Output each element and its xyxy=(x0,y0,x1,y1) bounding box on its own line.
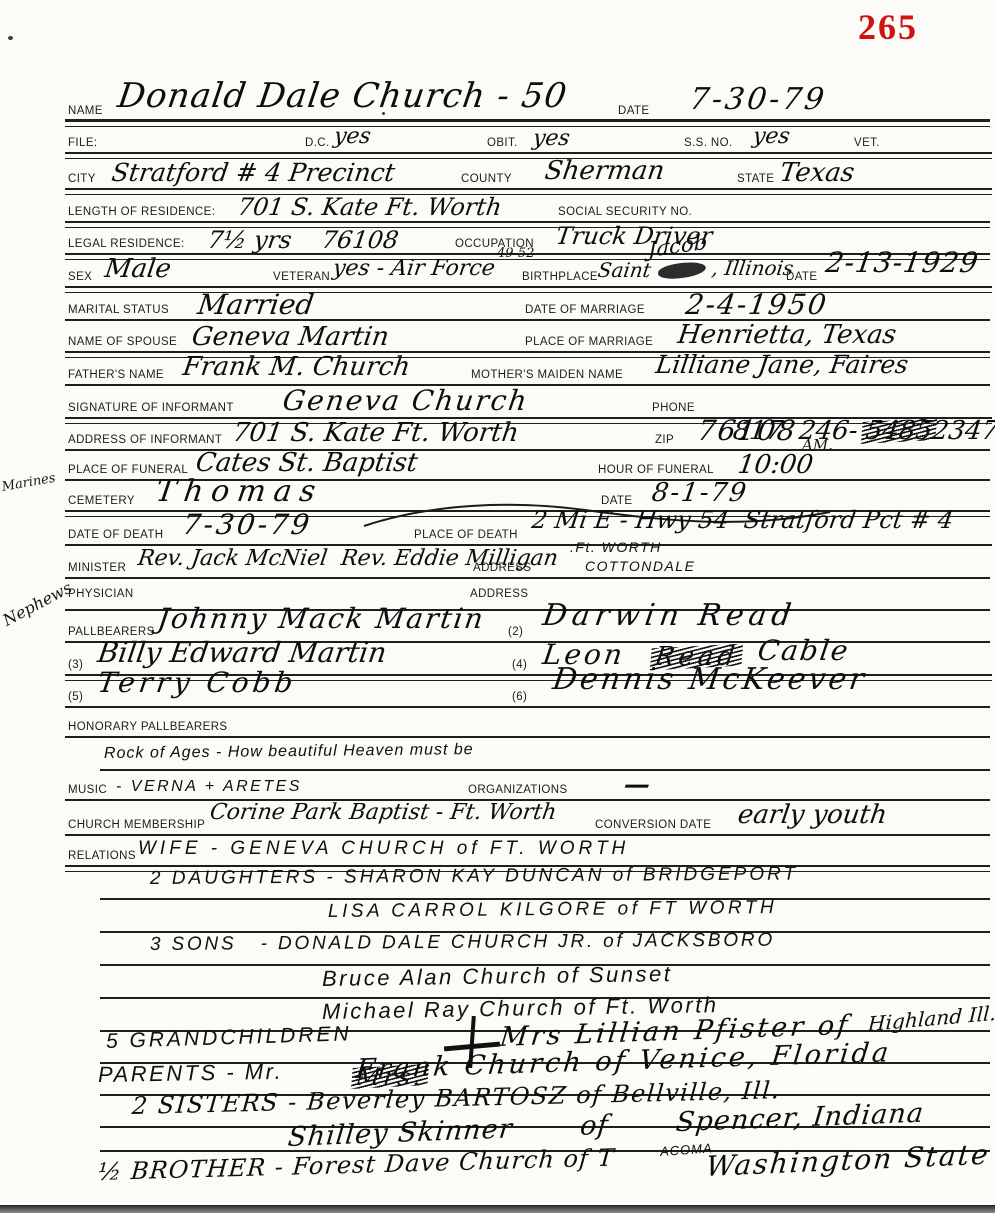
illegible-scribble xyxy=(657,261,706,280)
daughters-line-1: 2 DAUGHTERS - SHARON KAY DUNCAN of BRIDG… xyxy=(150,863,798,890)
sex-label: SEX xyxy=(68,271,92,283)
conversion-date-label: CONVERSION DATE xyxy=(595,819,711,831)
hour-of-funeral-label: HOUR OF FUNERAL xyxy=(598,464,714,476)
father-name-label: FATHER'S NAME xyxy=(68,369,164,381)
form-rule xyxy=(65,834,990,836)
relations-wife: WIFE - GENEVA CHURCH of FT. WORTH xyxy=(138,838,629,860)
conversion-date-value: early youth xyxy=(736,800,889,830)
phone-label: PHONE xyxy=(652,402,695,414)
informant-address-label: ADDRESS OF INFORMANT xyxy=(68,434,222,446)
half-brother-suffix: Washington State xyxy=(704,1138,991,1183)
minister-label: MINISTER xyxy=(68,562,126,574)
church-membership-value: Corine Park Baptist - Ft. Worth xyxy=(208,800,558,825)
parents-prefix: PARENTS - Mr. xyxy=(98,1059,284,1088)
residence-value: 701 S. Kate Ft. Worth xyxy=(236,193,504,221)
birthdate-value: 2-13-1929 xyxy=(824,246,981,279)
church-membership-label: CHURCH MEMBERSHIP xyxy=(68,819,205,831)
dc-value: yes xyxy=(332,124,372,149)
obit-value: yes xyxy=(531,126,571,151)
marital-status-value: Married xyxy=(196,288,316,321)
birthplace-label: BIRTHPLACE xyxy=(522,271,598,283)
ssno-value: yes xyxy=(751,124,791,149)
pallbearers-margin-note: Nephews xyxy=(0,578,75,630)
name-label: NAME xyxy=(68,105,103,117)
county-value: Sherman xyxy=(543,156,666,186)
sex-value: Male xyxy=(103,254,173,284)
hour-am-note: AM. xyxy=(802,436,833,454)
city-value: Stratford # 4 Precinct xyxy=(110,158,397,187)
informant-signature-label: SIGNATURE OF INFORMANT xyxy=(68,402,234,414)
veteran-label: VETERAN xyxy=(273,271,330,283)
zip-value: 76108 xyxy=(696,414,800,447)
scan-edge xyxy=(0,1205,995,1213)
minister-address-line1: .Ft. WORTH xyxy=(570,539,662,555)
music-label: MUSIC xyxy=(68,784,107,796)
state-label: STATE xyxy=(737,173,774,185)
honorary-pallbearers-label: HONORARY PALLBEARERS xyxy=(68,721,227,733)
birthdate-label: DATE xyxy=(786,271,817,283)
state-value: Texas xyxy=(778,158,856,188)
date-label: DATE xyxy=(618,105,649,117)
spouse-label: NAME OF SPOUSE xyxy=(68,336,177,348)
marriage-date-label: DATE OF MARRIAGE xyxy=(525,304,645,316)
vet-label: VET. xyxy=(854,137,880,149)
cemetery-margin-note: Marines xyxy=(1,471,57,495)
pallbearer-2: Darwin Read xyxy=(541,598,799,633)
page-number: 265 xyxy=(858,6,918,48)
hour-of-funeral-value: 10:00 xyxy=(736,450,815,480)
birthplace-prefix: Saint xyxy=(596,258,652,282)
form-rule xyxy=(65,736,990,738)
funeral-record-page: 265 NAME Donald Dale Church - 50 DATE 7-… xyxy=(0,0,995,1213)
veteran-value: yes - Air Force xyxy=(331,256,496,281)
marriage-date-value: 2-4-1950 xyxy=(684,288,830,321)
pallbearer-6-label: (6) xyxy=(512,691,527,703)
place-of-death-value: 2 Mi E - Hwy 54 Stratford Pct # 4 xyxy=(530,506,955,534)
place-of-marriage-value: Henrietta, Texas xyxy=(676,320,898,350)
music-songs: Rock of Ages - How beautiful Heaven must… xyxy=(104,741,474,763)
form-rule xyxy=(65,188,992,195)
scan-speck xyxy=(8,36,13,40)
city-label: CITY xyxy=(68,173,96,185)
physician-label: PHYSICIAN xyxy=(68,588,134,600)
file-label: FILE: xyxy=(68,137,97,149)
grandchildren-label: 5 GRANDCHILDREN xyxy=(106,1022,352,1054)
pallbearer-2-label: (2) xyxy=(508,626,523,638)
date-value: 7-30-79 xyxy=(688,82,830,117)
father-name-value: Frank M. Church xyxy=(181,352,412,382)
veteran-years-note: 49-52 xyxy=(497,246,534,261)
pallbearer-5-label: (5) xyxy=(68,691,83,703)
date-of-death-label: DATE OF DEATH xyxy=(68,529,164,541)
daughters-line-2: LISA CARROL KILGORE of FT WORTH xyxy=(328,897,777,923)
relations-label: RELATIONS xyxy=(68,850,136,862)
dc-label: D.C. xyxy=(305,137,330,149)
marital-status-label: MARITAL STATUS xyxy=(68,304,169,316)
organizations-label: ORGANIZATIONS xyxy=(468,784,568,796)
informant-address-value: 701 S. Kate Ft. Worth xyxy=(231,418,521,448)
pallbearer-3: Billy Edward Martin xyxy=(96,636,389,669)
mother-maiden-name-label: MOTHER'S MAIDEN NAME xyxy=(471,369,623,381)
form-rule xyxy=(65,119,990,127)
half-brother-raised: ACOMA xyxy=(659,1140,713,1159)
cemetery-label: CEMETERY xyxy=(68,495,135,507)
mother-maiden-name-value: Lilliane Jane, Faires xyxy=(654,350,910,379)
pallbearer-3-label: (3) xyxy=(68,659,83,671)
sons-line-2: Bruce Alan Church of Sunset xyxy=(322,961,673,992)
spouse-value: Geneva Martin xyxy=(190,322,391,352)
ssn-label: SOCIAL SECURITY NO. xyxy=(558,206,692,218)
obit-label: OBIT. xyxy=(487,137,518,149)
residence-label: LENGTH OF RESIDENCE: xyxy=(68,206,215,218)
minister-address-label: ADDRESS xyxy=(473,562,531,574)
county-label: COUNTY xyxy=(461,173,512,185)
date-of-death-value: 7-30-79 xyxy=(181,508,315,541)
zip-label: ZIP xyxy=(655,434,674,446)
phone-struck-number: 5485 xyxy=(864,416,934,446)
informant-signature-value: Geneva Church xyxy=(281,384,531,417)
legal-residence-label: LEGAL RESIDENCE: xyxy=(68,238,185,250)
birthplace-suffix: , Illinois xyxy=(710,256,795,280)
phone-final: 2347 xyxy=(930,416,995,446)
place-of-marriage-label: PLACE OF MARRIAGE xyxy=(525,336,653,348)
organizations-value: — xyxy=(622,770,652,800)
physician-address-label: ADDRESS xyxy=(470,588,528,600)
legal-residence-value: 7½ yrs 76108 xyxy=(206,226,400,254)
name-value: Donald Dale Church - 50 xyxy=(115,76,570,116)
music-value: - VERNA + ARETES xyxy=(116,778,302,796)
minister-address-line2: COTTONDALE xyxy=(585,558,695,574)
form-rule xyxy=(65,221,990,228)
form-rule xyxy=(65,577,990,579)
pallbearer-1: Johnny Mack Martin xyxy=(156,602,487,635)
pallbearer-4-label: (4) xyxy=(512,659,527,671)
sons-line-1: 3 SONS - DONALD DALE CHURCH JR. of JACKS… xyxy=(150,930,775,956)
form-rule xyxy=(65,706,990,708)
ssno-label: S.S. NO. xyxy=(684,137,733,149)
pallbearer-5: Terry Cobb xyxy=(96,666,299,699)
form-rule xyxy=(100,769,990,771)
cemetery-value: Thomas xyxy=(154,474,326,509)
pallbearer-6: Dennis McKeever xyxy=(551,662,870,697)
